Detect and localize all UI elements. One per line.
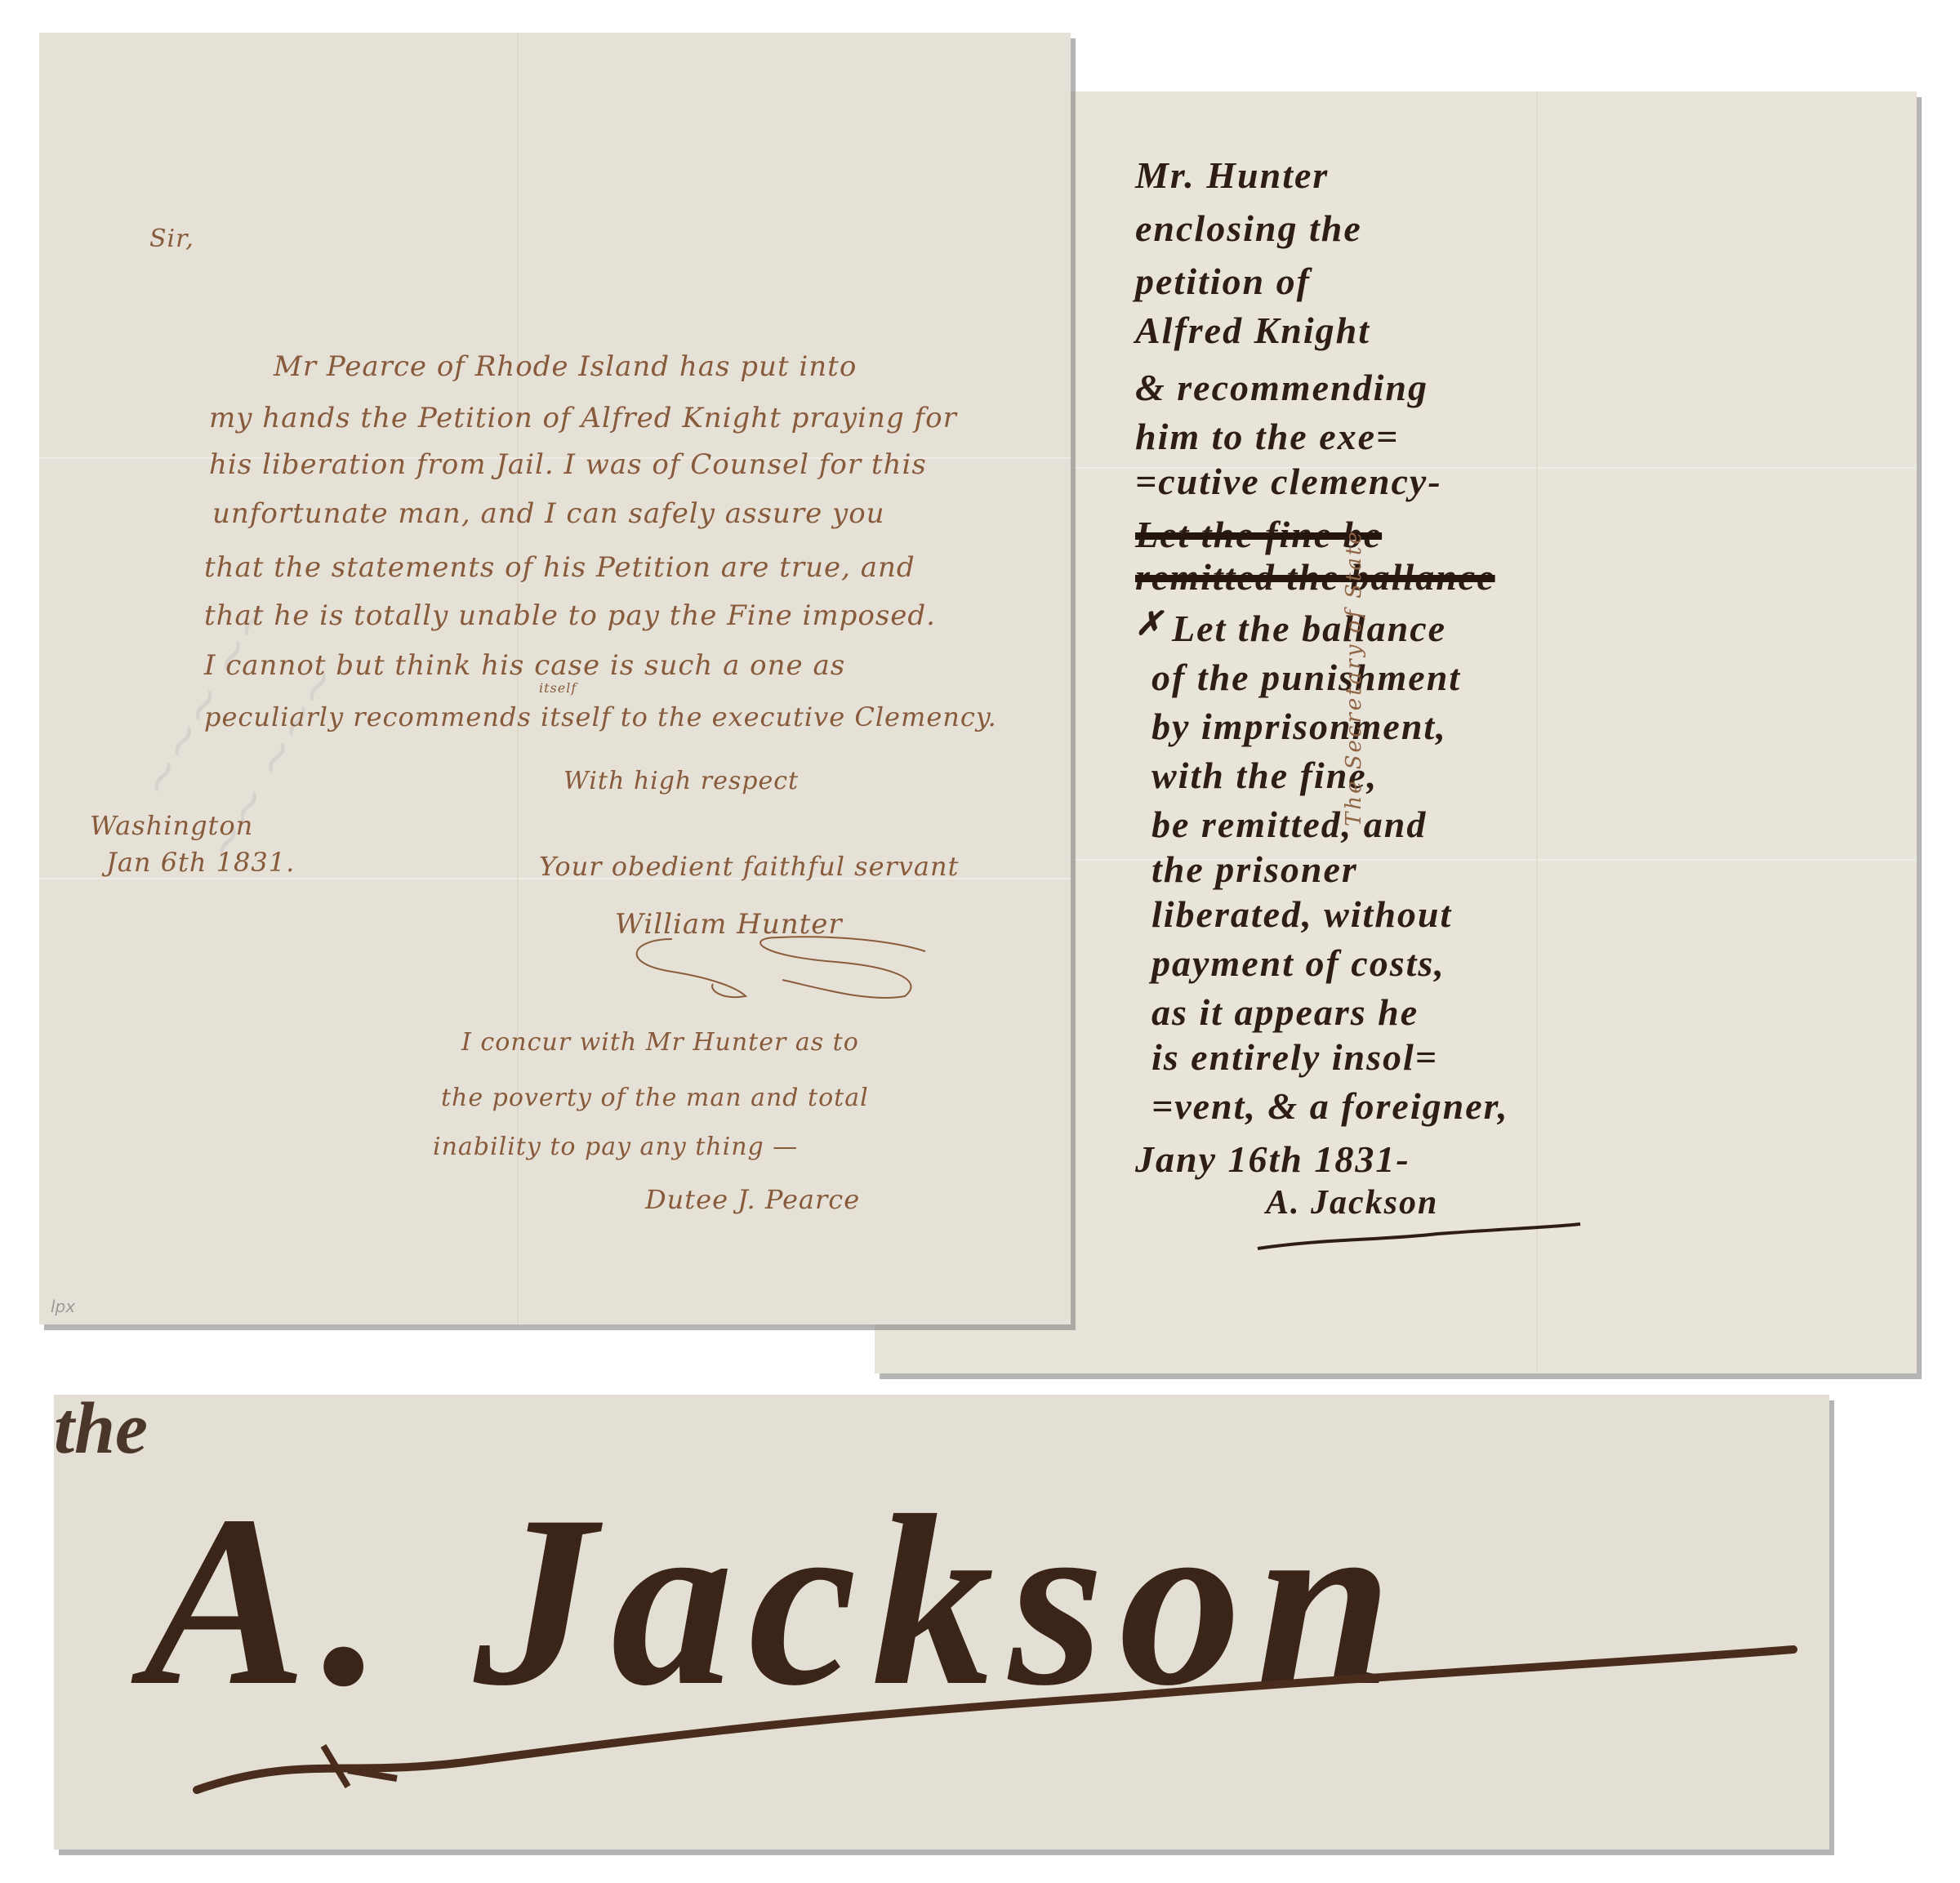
order-line: payment of costs, (1151, 945, 1445, 982)
order-date: Jany 16th 1831- (1135, 1141, 1410, 1178)
order-line: Let the ballance (1172, 610, 1446, 648)
endorsement-line: inability to pay any thing — (433, 1135, 798, 1160)
endorsement-line: the poverty of the man and total (441, 1086, 869, 1111)
order-line: by imprisonment, (1151, 708, 1447, 746)
interlinear-insert: itself (539, 682, 577, 695)
order-line: be remitted, and (1151, 806, 1427, 844)
order-line: =cutive clemency- (1135, 463, 1442, 501)
signature-paraph-flourish (623, 931, 950, 1004)
order-line: is entirely insol= (1151, 1039, 1438, 1076)
place: Washington (90, 812, 253, 839)
letter-body-line: his liberation from Jail. I was of Couns… (209, 451, 927, 479)
order-line: him to the exe= (1135, 418, 1399, 456)
letter-body-line: peculiarly recommends itself to the exec… (204, 704, 997, 730)
letter-body-line: I cannot but think his case is such a on… (204, 652, 845, 679)
struck-line: remitted the ballance (1135, 559, 1495, 596)
letter-body-line: Mr Pearce of Rhode Island has put into (274, 353, 857, 381)
order-line: petition of (1135, 263, 1311, 300)
closing: With high respect (563, 769, 799, 794)
jackson-signature: A. Jackson (1266, 1186, 1438, 1220)
salutation: Sir, (149, 227, 194, 252)
order-line: Mr. Hunter (1135, 157, 1329, 194)
letter-body-line: my hands the Petition of Alfred Knight p… (209, 404, 957, 432)
endorsement-line: I concur with Mr Hunter as to (461, 1031, 859, 1055)
order-line: enclosing the (1135, 210, 1362, 247)
order-line: liberated, without (1151, 896, 1452, 933)
valediction: Your obedient faithful servant (539, 853, 959, 879)
enlarged-signature-underline (54, 1395, 1829, 1850)
order-line: of the punishment (1151, 659, 1461, 697)
pearce-signature: Dutee J. Pearce (645, 1186, 860, 1213)
order-line: Alfred Knight (1135, 312, 1370, 349)
order-line: as it appears he (1151, 994, 1419, 1031)
letter-body-line: that the statements of his Petition are … (204, 554, 915, 581)
letter-body-line: that he is totally unable to pay the Fin… (204, 602, 936, 630)
paper-fold-line (1536, 91, 1538, 1373)
order-line: =vent, & a foreigner, (1151, 1088, 1508, 1125)
order-line: & recommending (1135, 369, 1428, 407)
signature-detail-strip: the A. Jackson (54, 1395, 1829, 1850)
letter-body-line: unfortunate man, and I can safely assure… (212, 500, 885, 528)
date: Jan 6th 1831. (106, 849, 295, 875)
order-line: the prisoner (1151, 851, 1358, 888)
hunter-letter-page: ~~~ ~~ ~~ ~~~ Sir, Mr Pearce of Rhode Is… (39, 33, 1071, 1324)
vertical-notation: The Secretary of State (1342, 529, 1366, 826)
signature-underline (1258, 1222, 1584, 1255)
pencil-catalog-note: lpx (51, 1297, 75, 1316)
insert-mark: ✗ (1135, 608, 1165, 640)
